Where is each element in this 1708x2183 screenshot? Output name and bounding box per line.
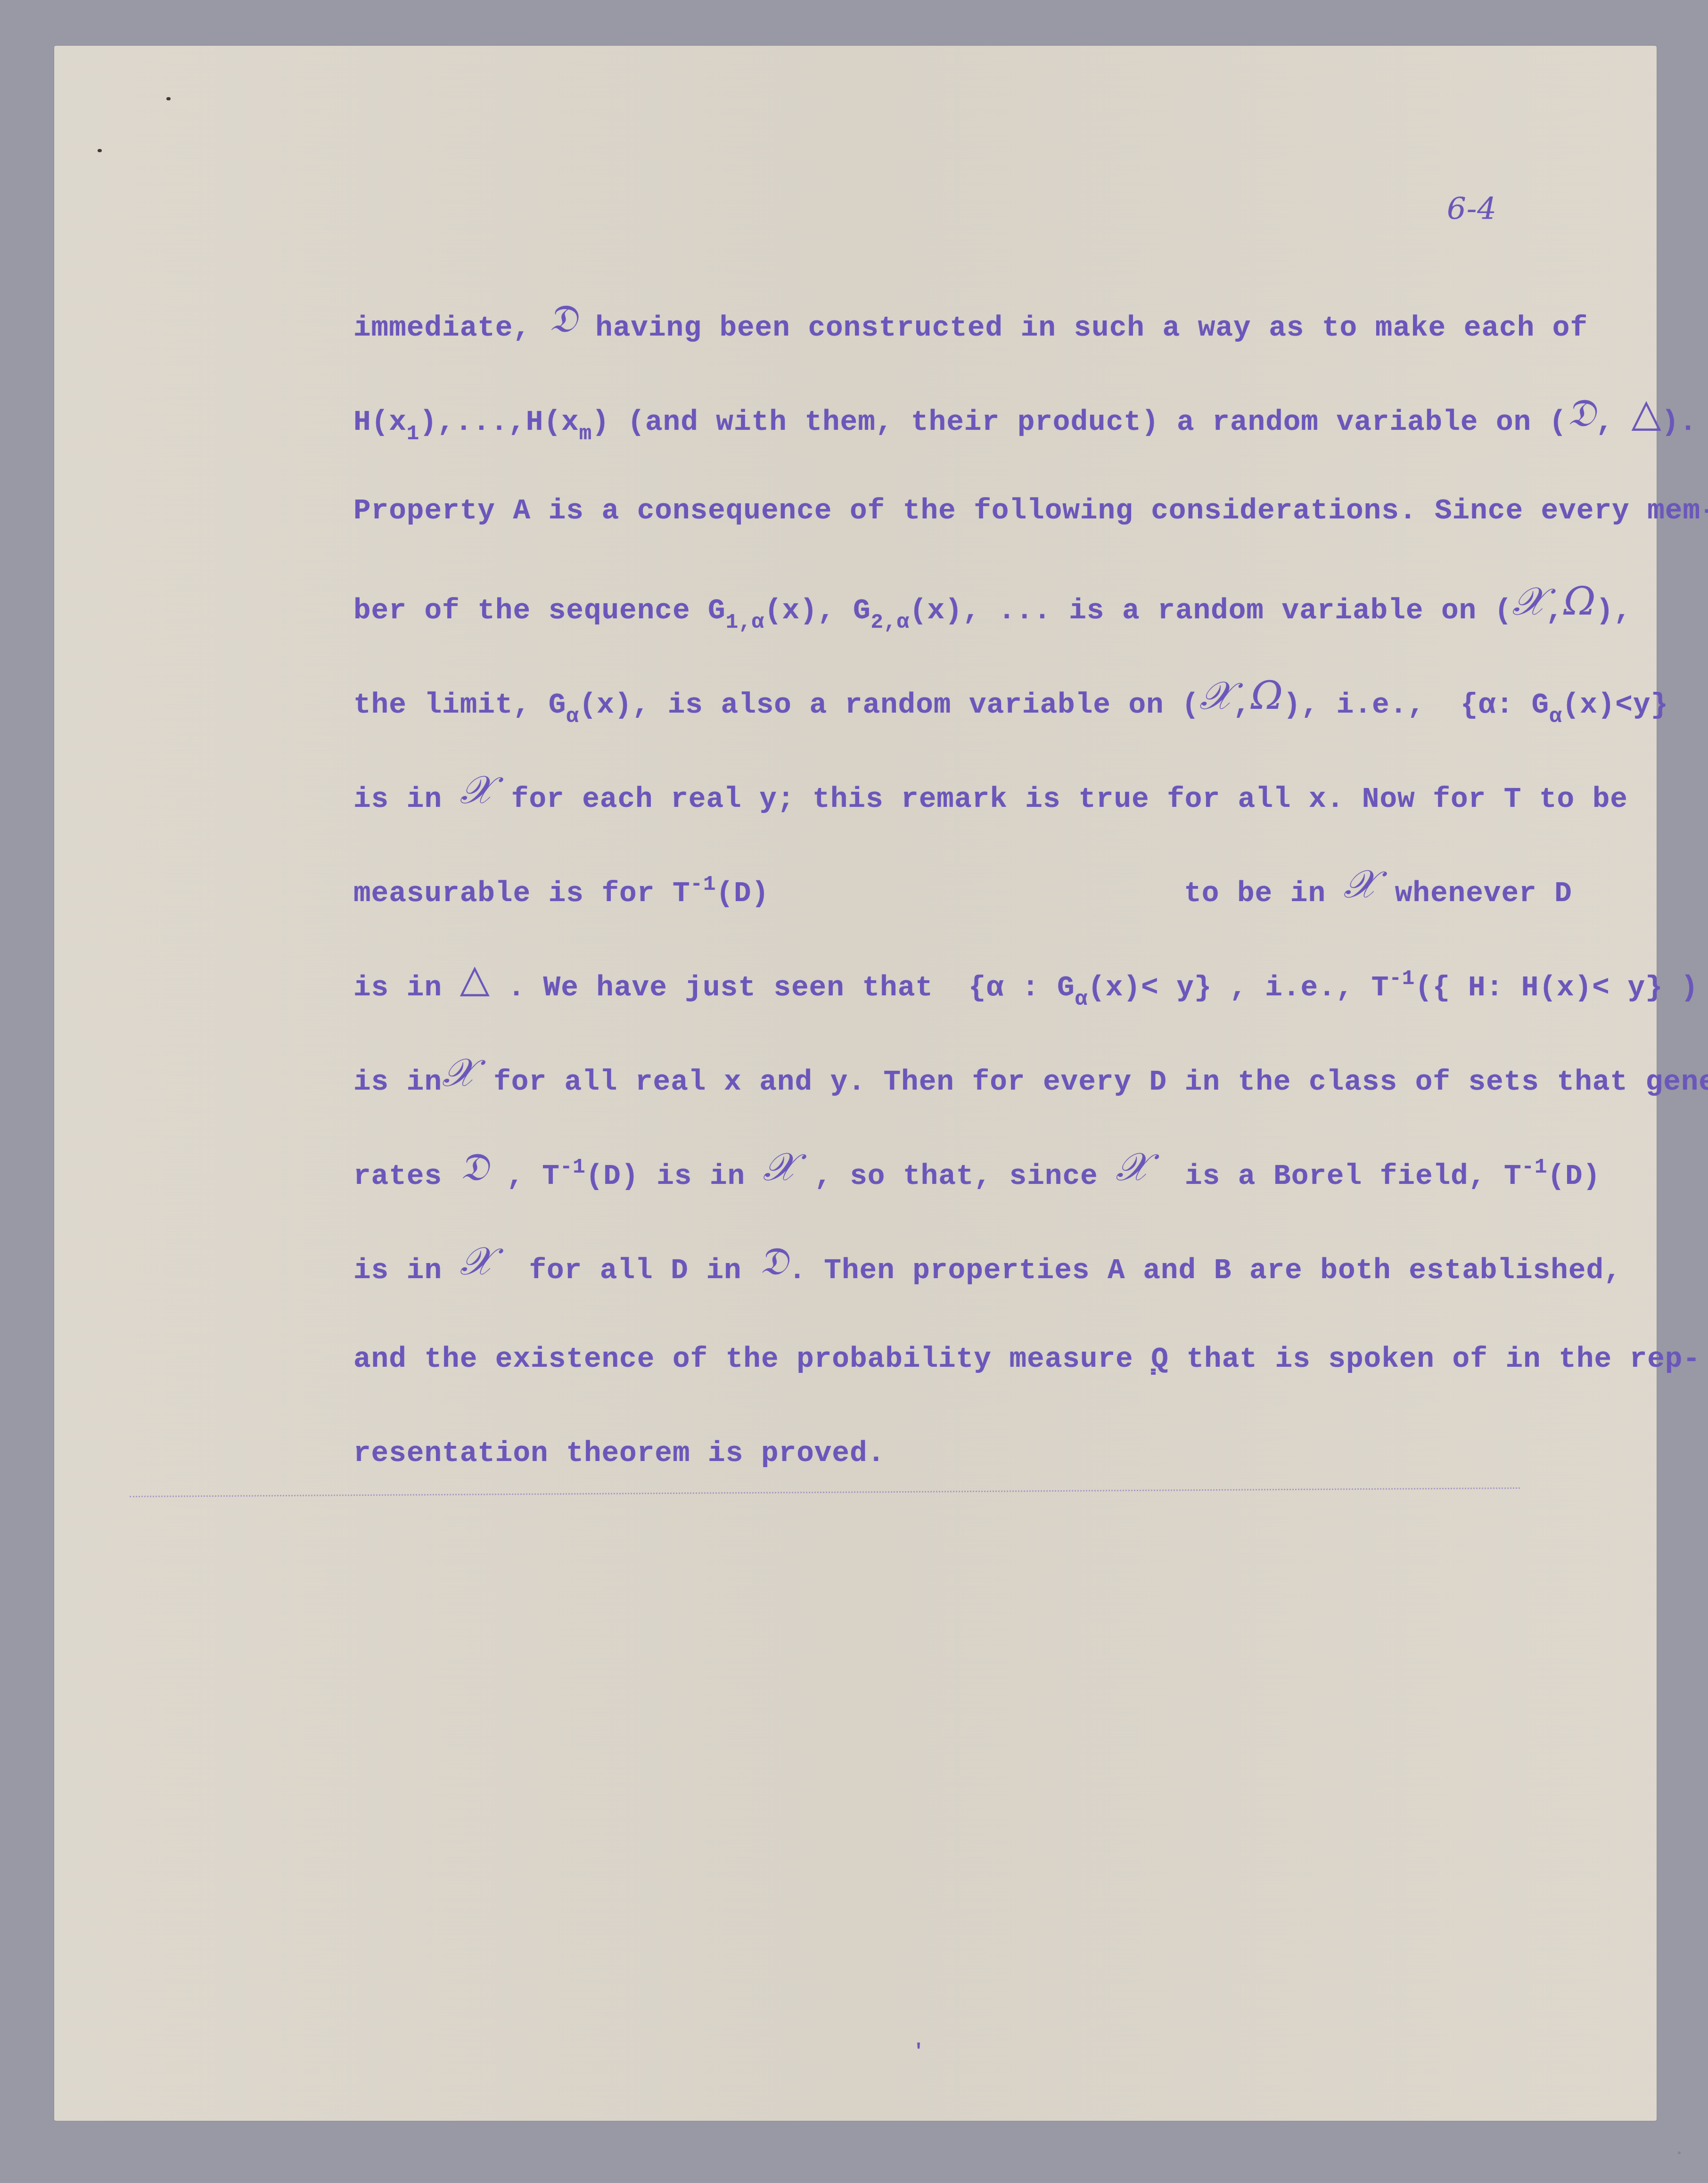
probability-measure-q: Q [1151, 1343, 1169, 1376]
text-run: , [1596, 406, 1631, 439]
subscript: α [1075, 988, 1088, 1011]
subscript: α [1549, 705, 1562, 729]
superscript: -1 [690, 873, 716, 896]
text-line-13: resentation theorem is proved. [353, 1435, 885, 1473]
text-line-9: is in𝒳 for all real x and y. Then for ev… [353, 1058, 1708, 1101]
text-run: (x), ... is a random variable on ( [910, 595, 1512, 627]
text-run: ), i.e., {α: G [1283, 689, 1549, 722]
text-run: , [1546, 595, 1564, 627]
text-run: and the existence of the probability mea… [353, 1343, 1151, 1376]
script-d-symbol: 𝔇 [759, 1239, 788, 1284]
superscript: -1 [1522, 1156, 1548, 1179]
text-line-3: Property A is a consequence of the follo… [353, 492, 1708, 530]
text-run: ber of the sequence G [353, 595, 726, 627]
typewritten-page: 6-4 immediate, 𝔇 having been constructed… [54, 46, 1657, 2121]
text-line-8: is in △ . We have just seen that {α : Gα… [353, 964, 1699, 1009]
bottom-mark: ' [913, 2042, 925, 2063]
text-run: for all real x and y. Then for every D i… [476, 1066, 1708, 1099]
text-run: (D) [716, 878, 769, 910]
text-run: that is spoken of in the rep- [1169, 1343, 1700, 1376]
text-run: ) (and with them, their product) a rando… [592, 406, 1567, 439]
text-run: is in [353, 972, 460, 1004]
scan-speck [1678, 2151, 1681, 2154]
text-line-1: immediate, 𝔇 having been constructed in … [353, 304, 1588, 347]
text-run: H(x [353, 406, 407, 439]
page-number: 6-4 [1447, 192, 1497, 227]
script-h-symbol: 𝒳 [1199, 673, 1233, 718]
text-line-5: the limit, Gα(x), is also a random varia… [353, 681, 1668, 726]
text-run: is in [353, 783, 460, 816]
text-run: measurable is for T [353, 878, 690, 910]
text-run: for each real y; this remark is true for… [493, 783, 1628, 816]
text-run: (D) [1547, 1160, 1601, 1193]
text-run: immediate, [353, 312, 549, 345]
omega-symbol: Ω [1251, 673, 1283, 718]
text-line-12: and the existence of the probability mea… [353, 1341, 1700, 1379]
superscript: -1 [1389, 967, 1415, 991]
text-run: rates [353, 1160, 460, 1193]
subscript: α [566, 705, 579, 729]
script-h-symbol: 𝒳 [763, 1145, 797, 1190]
text-run: , T [489, 1160, 560, 1193]
omega-symbol: Ω [1564, 579, 1596, 624]
text-run: (x)< y} , i.e., T [1088, 972, 1389, 1004]
subscript: m [579, 422, 592, 446]
text-run: (x)<y} [1562, 689, 1669, 722]
script-d-symbol: 𝔇 [1567, 391, 1596, 435]
superscript: -1 [560, 1156, 586, 1179]
script-h-symbol: 𝒳 [1344, 862, 1378, 907]
text-run: is in [353, 1066, 442, 1099]
text-line-7: measurable is for T-1(D)to be in 𝒳 whene… [353, 870, 1572, 915]
script-d-symbol: 𝔇 [460, 1145, 489, 1190]
script-h-symbol: 𝒳 [460, 768, 494, 812]
text-run: to be in [1184, 878, 1343, 910]
text-run: . We have just seen that {α : G [490, 972, 1075, 1004]
punch-mark [98, 149, 102, 152]
delta-symbol: △ [1632, 391, 1662, 435]
subscript: 1,α [726, 611, 764, 634]
punch-mark [166, 97, 171, 100]
text-line-11: is in 𝒳 for all D in 𝔇. Then properties … [353, 1247, 1622, 1290]
subscript: 2,α [871, 611, 910, 634]
text-line-10: rates 𝔇 , T-1(D) is in 𝒳 , so that, sinc… [353, 1152, 1601, 1198]
text-run: is a Borel field, T [1150, 1160, 1522, 1193]
faint-divider-rule [130, 1487, 1520, 1497]
text-run: whenever D [1377, 878, 1572, 910]
script-h-symbol: 𝒳 [460, 1239, 494, 1284]
text-run: ). [1662, 406, 1697, 439]
text-run: having been constructed in such a way as… [578, 312, 1588, 345]
delta-symbol: △ [460, 956, 490, 1001]
text-line-2: H(x1),...,H(xm) (and with them, their pr… [353, 398, 1697, 443]
text-run: , [1233, 689, 1251, 722]
text-run: ({ H: H(x)< y} ) [1415, 972, 1699, 1004]
text-run: is in [353, 1255, 460, 1287]
text-run: for all D in [493, 1255, 759, 1287]
script-d-symbol: 𝔇 [549, 296, 578, 341]
subscript: 1 [407, 422, 419, 446]
text-line-6: is in 𝒳 for each real y; this remark is … [353, 775, 1628, 819]
script-h-symbol: 𝒳 [442, 1050, 476, 1095]
text-run: , so that, since [797, 1160, 1116, 1193]
text-run: (D) is in [586, 1160, 763, 1193]
text-line-4: ber of the sequence G1,α(x), G2,α(x), ..… [353, 587, 1632, 632]
text-run: the limit, G [353, 689, 566, 722]
text-run: . Then properties A and B are both estab… [788, 1255, 1621, 1287]
script-h-symbol: 𝒳 [1512, 579, 1546, 624]
text-run: ),...,H(x [419, 406, 579, 439]
text-run: (x), is also a random variable on ( [579, 689, 1199, 722]
script-h-symbol: 𝒳 [1116, 1145, 1150, 1190]
text-run: (x), G [764, 595, 871, 627]
text-run: ), [1596, 595, 1632, 627]
